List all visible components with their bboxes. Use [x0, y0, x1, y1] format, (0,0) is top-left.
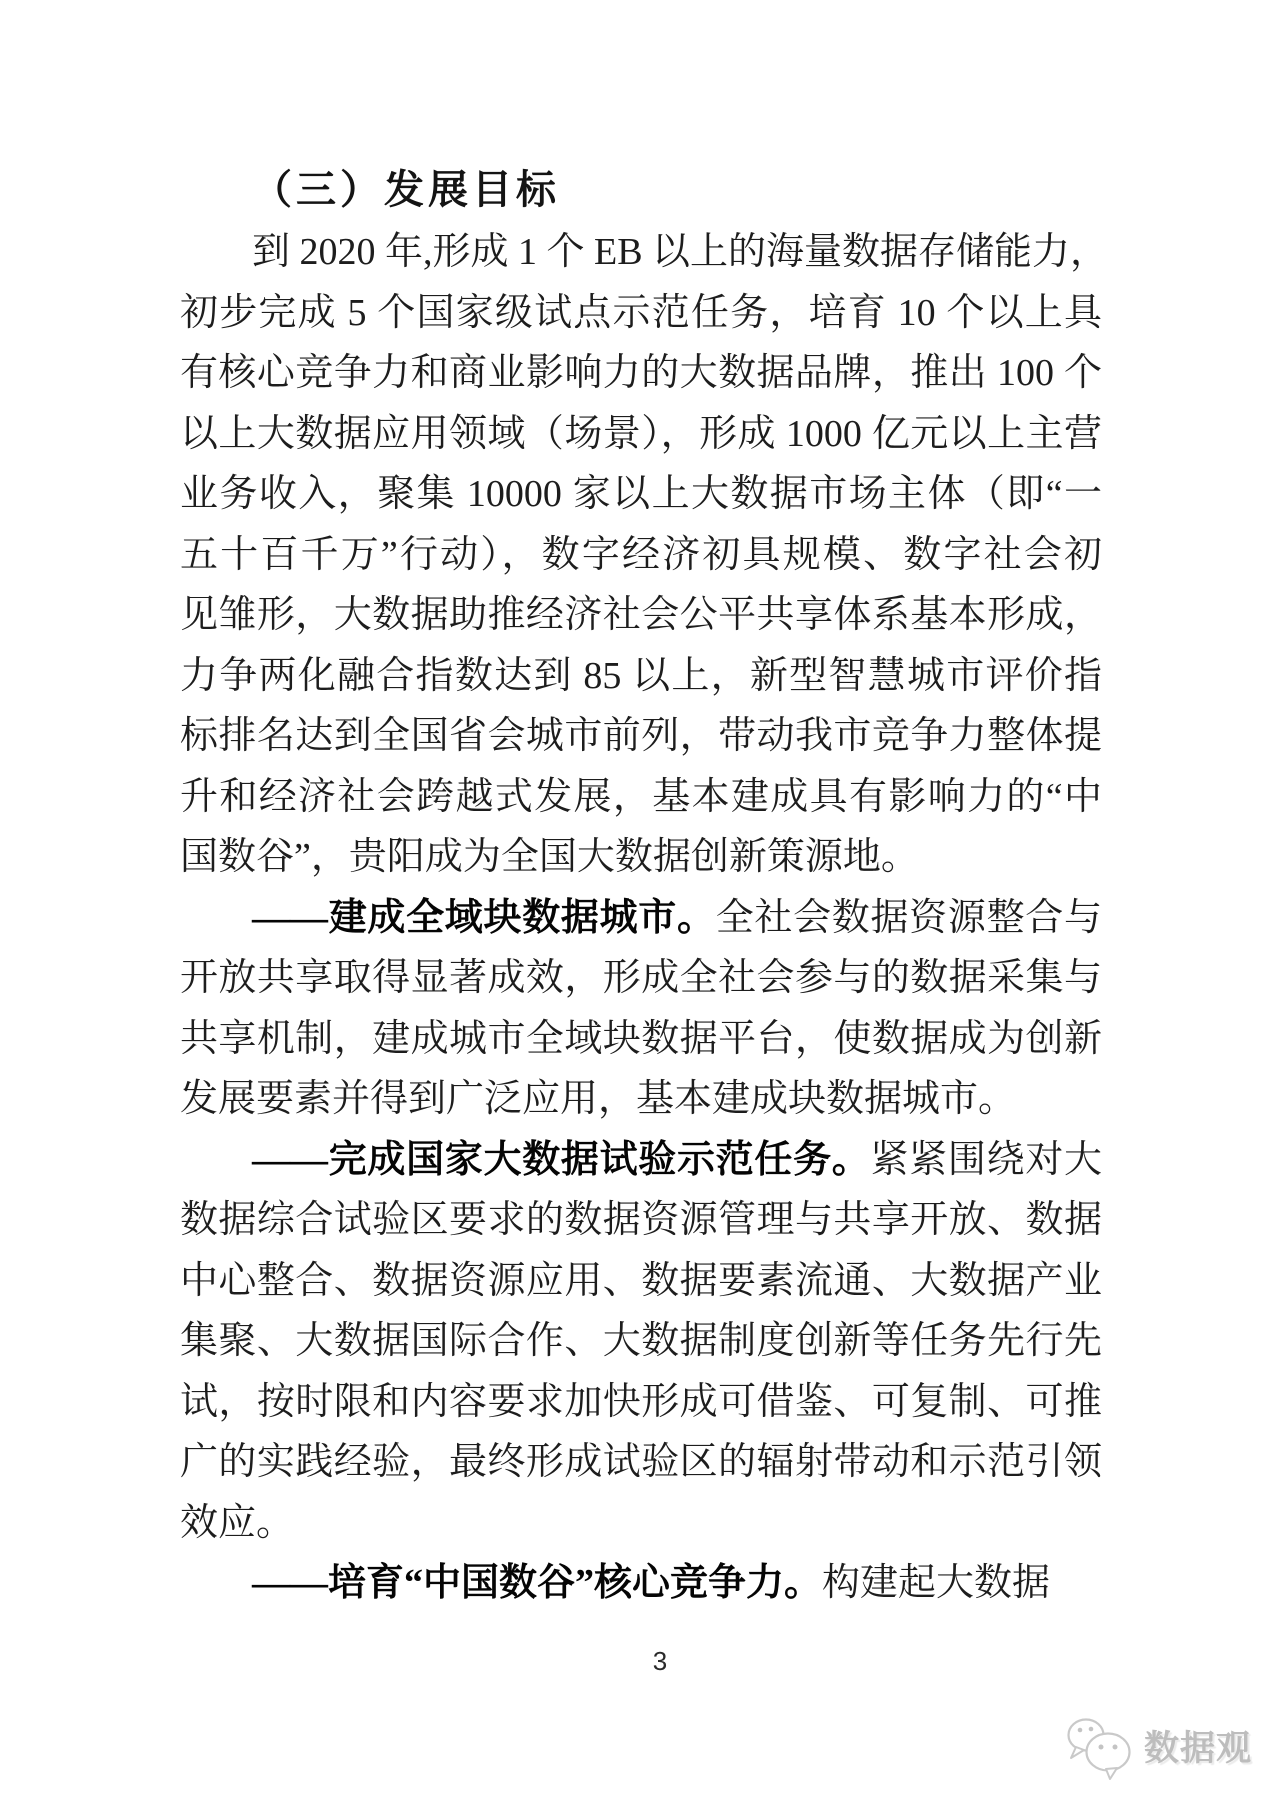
text-line: 以上大数据应用领域（场景），形成 1000 亿元以上主营	[180, 404, 1102, 465]
document-body: 到 2020 年,形成 1 个 EB 以上的海量数据存储能力， 初步完成 5 个…	[180, 222, 1102, 1614]
paragraph-lead: ——建成全域块数据城市。	[252, 897, 716, 939]
section-heading: （三）发展目标	[252, 158, 560, 215]
paragraph-text: 构建起大数据	[822, 1562, 1050, 1604]
text-line: ——建成全域块数据城市。全社会数据资源整合与	[180, 888, 1102, 949]
text-line: 广的实践经验，最终形成试验区的辐射带动和示范引领	[180, 1432, 1102, 1493]
paragraph-lead: ——完成国家大数据试验示范任务。	[252, 1139, 870, 1181]
text-line: 标排名达到全国省会城市前列，带动我市竞争力整体提	[180, 706, 1102, 767]
text-line: 中心整合、数据资源应用、数据要素流通、大数据产业	[180, 1251, 1102, 1312]
text-line: 数据综合试验区要求的数据资源管理与共享开放、数据	[180, 1190, 1102, 1251]
text-line: 到 2020 年,形成 1 个 EB 以上的海量数据存储能力，	[180, 222, 1102, 283]
chat-bubbles-icon	[1062, 1712, 1138, 1780]
text-line: 业务收入，聚集 10000 家以上大数据市场主体（即“一	[180, 464, 1102, 525]
text-line: 开放共享取得显著成效，形成全社会参与的数据采集与	[180, 948, 1102, 1009]
text-line: 效应。	[180, 1493, 1102, 1554]
watermark-label: 数据观	[1144, 1721, 1252, 1771]
watermark: 数据观	[1062, 1712, 1252, 1780]
text-line: 见雏形，大数据助推经济社会公平共享体系基本形成，	[180, 585, 1102, 646]
text-line: 有核心竞争力和商业影响力的大数据品牌，推出 100 个	[180, 343, 1102, 404]
text-line: ——培育“中国数谷”核心竞争力。构建起大数据	[180, 1553, 1102, 1614]
text-line: 共享机制，建成城市全域块数据平台，使数据成为创新	[180, 1009, 1102, 1070]
text-line: 国数谷”，贵阳成为全国大数据创新策源地。	[180, 827, 1102, 888]
text-line: 集聚、大数据国际合作、大数据制度创新等任务先行先	[180, 1311, 1102, 1372]
text-line: 力争两化融合指数达到 85 以上，新型智慧城市评价指	[180, 646, 1102, 707]
text-line: 五十百千万”行动），数字经济初具规模、数字社会初	[180, 525, 1102, 586]
text-line: 发展要素并得到广泛应用，基本建成块数据城市。	[180, 1069, 1102, 1130]
paragraph-text: 紧紧围绕对大	[870, 1139, 1102, 1181]
paragraph-text: 全社会数据资源整合与	[716, 897, 1102, 939]
text-line: 升和经济社会跨越式发展，基本建成具有影响力的“中	[180, 767, 1102, 828]
text-line: ——完成国家大数据试验示范任务。紧紧围绕对大	[180, 1130, 1102, 1191]
page-number: 3	[600, 1646, 720, 1677]
text-line: 试，按时限和内容要求加快形成可借鉴、可复制、可推	[180, 1372, 1102, 1433]
text-line: 初步完成 5 个国家级试点示范任务，培育 10 个以上具	[180, 283, 1102, 344]
document-page: （三）发展目标 到 2020 年,形成 1 个 EB 以上的海量数据存储能力， …	[0, 0, 1280, 1809]
paragraph-lead: ——培育“中国数谷”核心竞争力。	[252, 1562, 822, 1604]
